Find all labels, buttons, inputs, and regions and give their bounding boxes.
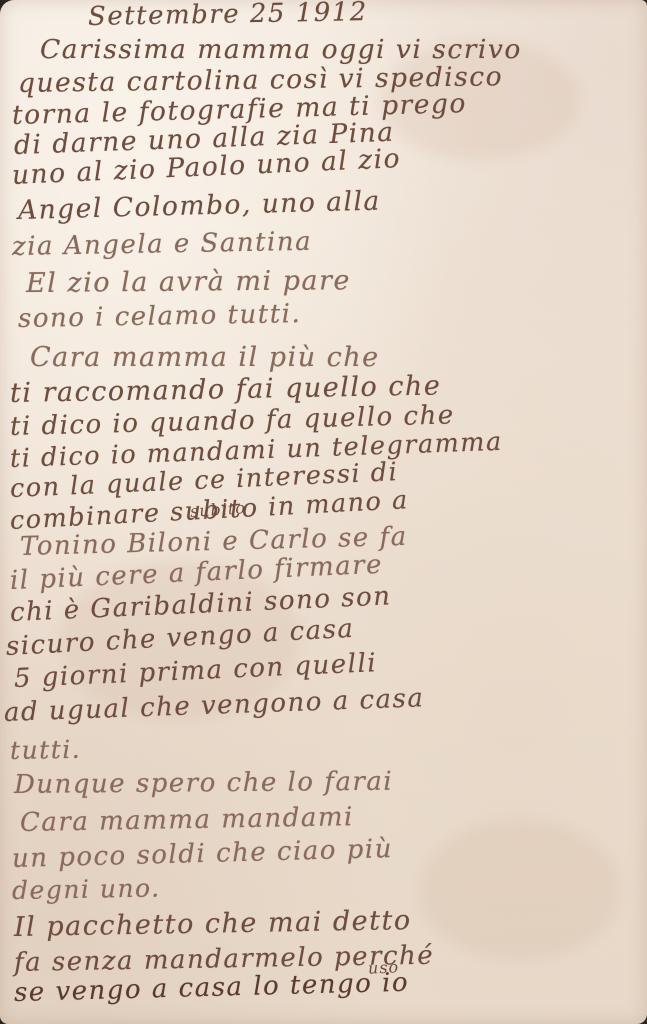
text-line: Cara mamma il più che	[30, 342, 380, 373]
text-line: degni uno.	[12, 873, 161, 905]
paper-stain	[420, 820, 620, 960]
text-line: Carissima mamma oggi vi scrivo	[40, 34, 522, 65]
text-line: Dunque spero che lo farai	[14, 767, 393, 800]
text-line: un poco soldi che ciao più	[12, 834, 394, 874]
text-line: zia Angela e Santina	[12, 227, 313, 262]
text-line: sono i celamo tutti.	[18, 299, 302, 334]
text-line: Il pacchetto che mai detto	[14, 905, 412, 943]
text-line: tutti.	[10, 735, 82, 765]
text-line: El zio la avrà mi pare	[26, 265, 351, 299]
date-line: Settembre 25 1912	[88, 0, 368, 32]
text-line: Cara mamma mandami	[20, 802, 354, 838]
text-line: Angel Colombo, uno alla	[18, 186, 382, 226]
postcard: Settembre 25 1912 Carissima mamma oggi v…	[0, 0, 647, 1024]
